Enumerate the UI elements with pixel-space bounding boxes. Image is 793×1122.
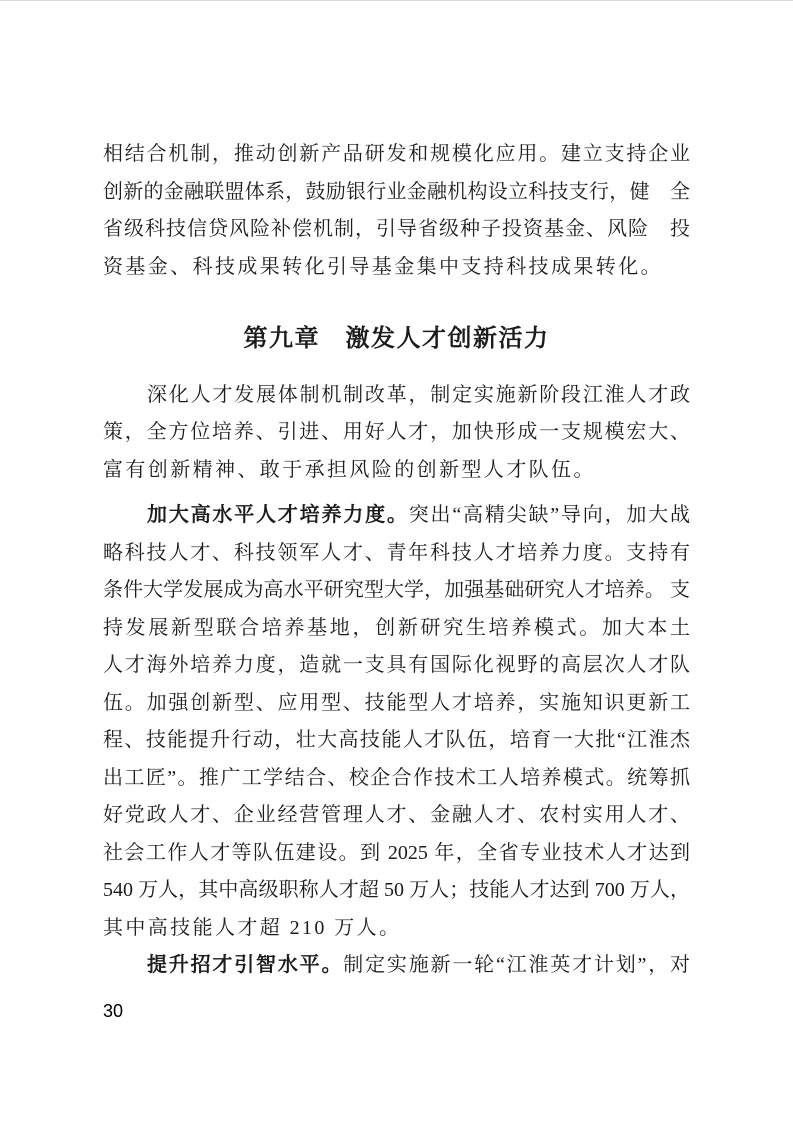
text-run: 创新的金融联盟体系，鼓励银行业金融机构设立科技支行，健 全 xyxy=(103,181,690,203)
text-run: 制定实施新一轮“江淮英才计划”，对 xyxy=(343,954,690,976)
text-line: 创新的金融联盟体系，鼓励银行业金融机构设立科技支行，健 全 xyxy=(103,174,690,212)
paragraph: 相结合机制，推动创新产品研发和规模化应用。建立支持企业创新的金融联盟体系，鼓励银… xyxy=(103,136,690,286)
text-line: 加大高水平人才培养力度。突出“高精尖缺”导向，加大战 xyxy=(103,497,690,535)
text-line: 省级科技信贷风险补偿机制，引导省级种子投资基金、风险 投 xyxy=(103,211,690,249)
text-run: 其中高技能人才超 210 万人。 xyxy=(103,917,401,939)
text-line: 人才海外培养力度，造就一支具有国际化视野的高层次人才队 xyxy=(103,647,690,685)
text-line: 出工匠”。推广工学结合、校企合作技术工人培养模式。统筹抓 xyxy=(103,760,690,798)
text-line: 略科技人才、科技领军人才、青年科技人才培养力度。支持有 xyxy=(103,535,690,573)
text-run: 富有创新精神、敢于承担风险的创新型人才队伍。 xyxy=(103,459,596,481)
text-run: 程、技能提升行动，壮大高技能人才队伍，培育一大批“江淮杰 xyxy=(103,729,690,751)
text-run: 策，全方位培养、引进、用好人才，加快形成一支规模宏大、 xyxy=(103,421,690,443)
chapter-heading: 第九章 激发人才创新活力 xyxy=(103,320,690,358)
text-run: 突出“高精尖缺”导向，加大战 xyxy=(409,504,690,526)
text-line: 富有创新精神、敢于承担风险的创新型人才队伍。 xyxy=(103,452,690,490)
text-run: 深化人才发展体制机制改革，制定实施新阶段江淮人才政 xyxy=(147,384,690,406)
text-line: 540 万人，其中高级职称人才超 50 万人；技能人才达到 700 万人， xyxy=(103,872,690,910)
text-line: 其中高技能人才超 210 万人。 xyxy=(103,910,690,948)
text-run: 相结合机制，推动创新产品研发和规模化应用。建立支持企业 xyxy=(103,143,690,165)
text-run: 条件大学发展成为高水平研究型大学，加强基础研究人才培养。 支 xyxy=(103,579,690,601)
bold-run: 加大高水平人才培养力度。 xyxy=(147,504,409,526)
paragraph: 加大高水平人才培养力度。突出“高精尖缺”导向，加大战略科技人才、科技领军人才、青… xyxy=(103,497,690,947)
text-run: 伍。加强创新型、应用型、技能型人才培养，实施知识更新工 xyxy=(103,692,690,714)
text-line: 资基金、科技成果转化引导基金集中支持科技成果转化。 xyxy=(103,249,690,287)
paragraph: 深化人才发展体制机制改革，制定实施新阶段江淮人才政策，全方位培养、引进、用好人才… xyxy=(103,377,690,490)
text-run: 出工匠”。推广工学结合、校企合作技术工人培养模式。统筹抓 xyxy=(103,767,690,789)
text-line: 深化人才发展体制机制改革，制定实施新阶段江淮人才政 xyxy=(103,377,690,415)
paragraph: 提升招才引智水平。制定实施新一轮“江淮英才计划”，对 xyxy=(103,947,690,985)
text-line: 提升招才引智水平。制定实施新一轮“江淮英才计划”，对 xyxy=(103,947,690,985)
text-line: 条件大学发展成为高水平研究型大学，加强基础研究人才培养。 支 xyxy=(103,572,690,610)
document-page: 相结合机制，推动创新产品研发和规模化应用。建立支持企业创新的金融联盟体系，鼓励银… xyxy=(0,0,793,1122)
text-run: 社会工作人才等队伍建设。到 2025 年，全省专业技术人才达到 xyxy=(103,842,690,864)
text-run: 好党政人才、企业经营管理人才、金融人才、农村实用人才、 xyxy=(103,804,690,826)
text-line: 社会工作人才等队伍建设。到 2025 年，全省专业技术人才达到 xyxy=(103,835,690,873)
text-run: 持发展新型联合培养基地，创新研究生培养模式。加大本土 xyxy=(103,617,690,639)
text-line: 程、技能提升行动，壮大高技能人才队伍，培育一大批“江淮杰 xyxy=(103,722,690,760)
text-run: 540 万人，其中高级职称人才超 50 万人；技能人才达到 700 万人， xyxy=(103,879,690,901)
text-run: 人才海外培养力度，造就一支具有国际化视野的高层次人才队 xyxy=(103,654,690,676)
text-run: 略科技人才、科技领军人才、青年科技人才培养力度。支持有 xyxy=(103,542,690,564)
text-line: 相结合机制，推动创新产品研发和规模化应用。建立支持企业 xyxy=(103,136,690,174)
text-run: 资基金、科技成果转化引导基金集中支持科技成果转化。 xyxy=(103,256,663,278)
bold-run: 提升招才引智水平。 xyxy=(147,954,343,976)
document-content: 相结合机制，推动创新产品研发和规模化应用。建立支持企业创新的金融联盟体系，鼓励银… xyxy=(103,136,690,985)
text-line: 伍。加强创新型、应用型、技能型人才培养，实施知识更新工 xyxy=(103,685,690,723)
text-line: 好党政人才、企业经营管理人才、金融人才、农村实用人才、 xyxy=(103,797,690,835)
text-run: 省级科技信贷风险补偿机制，引导省级种子投资基金、风险 投 xyxy=(103,218,690,240)
text-line: 策，全方位培养、引进、用好人才，加快形成一支规模宏大、 xyxy=(103,414,690,452)
page-number: 30 xyxy=(103,999,123,1023)
text-line: 持发展新型联合培养基地，创新研究生培养模式。加大本土 xyxy=(103,610,690,648)
